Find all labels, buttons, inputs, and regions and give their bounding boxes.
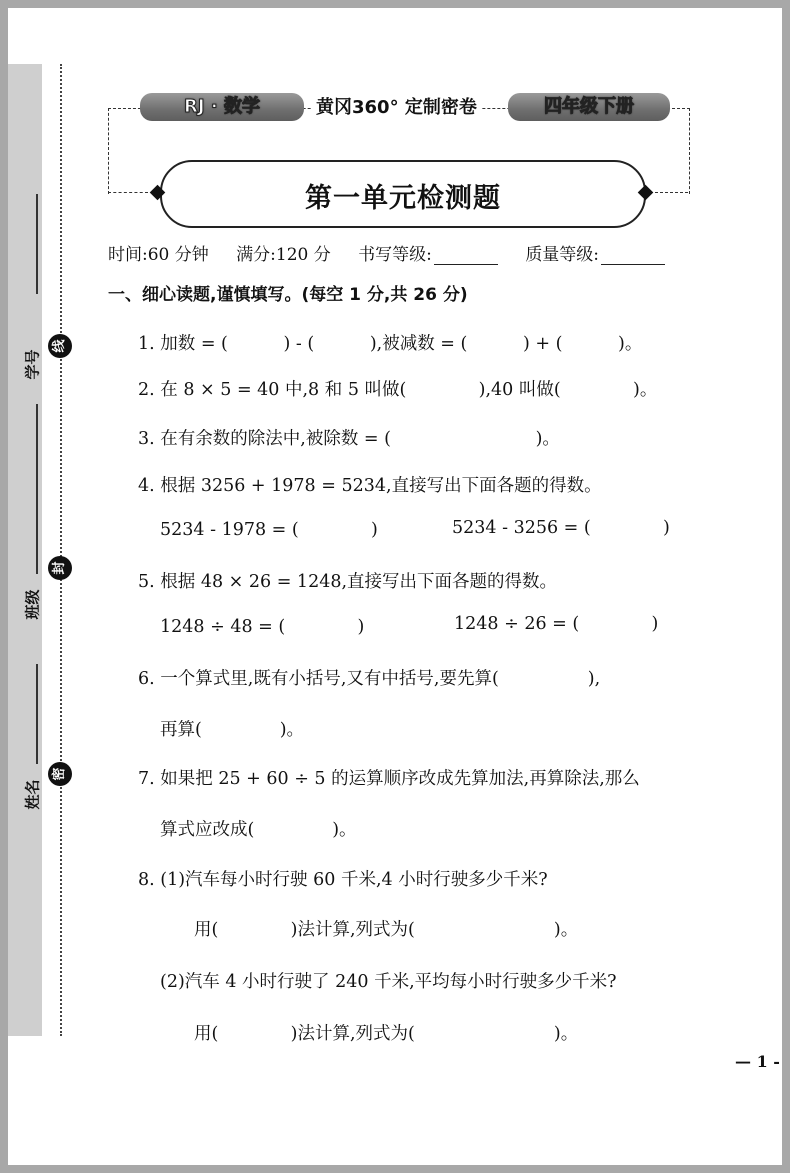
full-score: 满分:120 分	[236, 245, 331, 265]
page-title: 第一单元检测题	[162, 176, 644, 215]
name-label: 姓名	[22, 777, 43, 813]
exam-meta: 时间:60 分钟 满分:120 分 书写等级: 质量等级:	[108, 240, 687, 265]
page-edge	[782, 1040, 790, 1173]
class-label: 班级	[22, 587, 43, 623]
binding-strip: 学号 班级 姓名	[8, 64, 42, 1036]
question-5b: 1248 ÷ 26 = ( )	[454, 614, 658, 634]
time-limit: 时间:60 分钟	[108, 245, 209, 265]
name-blank-line[interactable]	[36, 664, 38, 764]
grade-badge: 四年级下册	[508, 93, 670, 121]
section-heading: 一、细心读题,谨慎填写。(每空 1 分,共 26 分)	[108, 280, 468, 305]
student-id-label: 学号	[22, 347, 43, 383]
question-8-2: (2)汽车 4 小时行驶了 240 千米,平均每小时行驶多少千米?	[160, 968, 617, 993]
page-number: — 1 -	[735, 1052, 780, 1071]
series-title: 黄冈360° 定制密卷	[312, 93, 481, 119]
writing-grade-field[interactable]	[434, 248, 498, 265]
class-blank-line[interactable]	[36, 404, 38, 574]
question-4b: 5234 - 3256 = ( )	[452, 518, 670, 538]
seal-secret-icon: 密	[48, 762, 72, 786]
quality-grade-label: 质量等级:	[525, 245, 599, 265]
title-frame: 第一单元检测题	[160, 160, 646, 228]
question-8-1: 8. (1)汽车每小时行驶 60 千米,4 小时行驶多少千米?	[138, 866, 548, 891]
subject-badge: RJ · 数学	[140, 93, 304, 121]
quality-grade-field[interactable]	[601, 248, 665, 265]
question-4a: 5234 - 1978 = ( )	[160, 520, 378, 540]
seal-seal-icon: 封	[48, 556, 72, 580]
question-1: 1. 加数 = ( ) - ( ),被减数 = ( ) + ( )。	[138, 330, 642, 355]
bracket-right-tail	[650, 192, 688, 193]
question-6-cont: 再算( )。	[160, 716, 304, 741]
writing-grade-label: 书写等级:	[358, 245, 432, 265]
bracket-left-tail	[108, 192, 148, 193]
question-6: 6. 一个算式里,既有小括号,又有中括号,要先算( ),	[138, 665, 600, 690]
question-5: 5. 根据 48 × 26 = 1248,直接写出下面各题的得数。	[138, 568, 557, 593]
question-7: 7. 如果把 25 + 60 ÷ 5 的运算顺序改成先算加法,再算除法,那么	[138, 765, 640, 790]
question-8-1-answer: 用( )法计算,列式为( )。	[194, 916, 578, 941]
question-5a: 1248 ÷ 48 = ( )	[160, 617, 364, 637]
question-4: 4. 根据 3256 + 1978 = 5234,直接写出下面各题的得数。	[138, 472, 602, 497]
seal-line-icon: 线	[48, 334, 72, 358]
cut-line	[60, 64, 62, 1036]
question-7-cont: 算式应改成( )。	[160, 816, 357, 841]
question-3: 3. 在有余数的除法中,被除数 = ( )。	[138, 425, 560, 450]
student-id-blank-line[interactable]	[36, 194, 38, 294]
question-8-2-answer: 用( )法计算,列式为( )。	[194, 1020, 578, 1045]
question-2: 2. 在 8 × 5 = 40 中,8 和 5 叫做( ),40 叫做( )。	[138, 376, 657, 401]
